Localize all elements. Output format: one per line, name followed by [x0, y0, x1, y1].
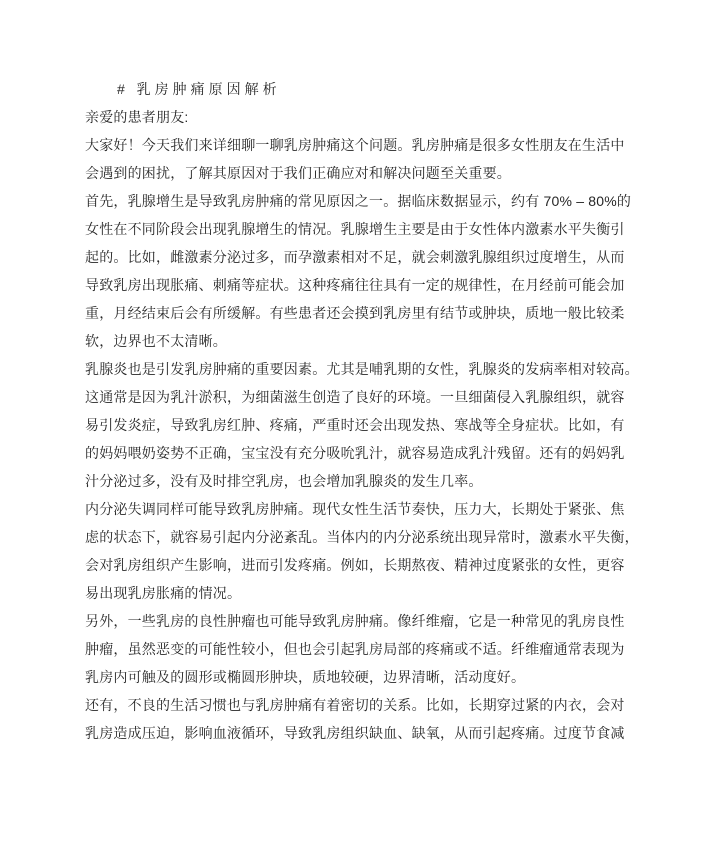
document-page: # 乳房肿痛原因解析 亲爱的患者朋友:大家好！今天我们来详细聊一聊乳房肿痛这个问…	[0, 0, 708, 841]
text-line: 另外，一些乳房的良性肿瘤也可能导致乳房肿痛。像纤维瘤，它是一种常见的乳房良性	[85, 607, 665, 635]
text-line: 虑的状态下，就容易引起内分泌紊乱。当体内的内分泌系统出现异常时，激素水平失衡，	[85, 523, 665, 551]
text-line: 易出现乳房胀痛的情况。	[85, 579, 665, 607]
text-line: 重，月经结束后会有所缓解。有些患者还会摸到乳房里有结节或肿块，质地一般比较柔	[85, 299, 665, 327]
paragraph: 还有，不良的生活习惯也与乳房肿痛有着密切的关系。比如，长期穿过紧的内衣，会对乳房…	[85, 691, 665, 747]
paragraph: 首先，乳腺增生是导致乳房肿痛的常见原因之一。据临床数据显示，约有 70% – 8…	[85, 187, 665, 355]
paragraph: 另外，一些乳房的良性肿瘤也可能导致乳房肿痛。像纤维瘤，它是一种常见的乳房良性肿瘤…	[85, 607, 665, 691]
text-line: 导致乳房出现胀痛、刺痛等症状。这种疼痛往往具有一定的规律性，在月经前可能会加	[85, 271, 665, 299]
paragraph: 内分泌失调同样可能导致乳房肿痛。现代女性生活节奏快，压力大，长期处于紧张、焦虑的…	[85, 495, 665, 607]
text-line: 亲爱的患者朋友:	[85, 103, 665, 131]
text-line: 软，边界也不太清晰。	[85, 327, 665, 355]
text-line: 乳腺炎也是引发乳房肿痛的重要因素。尤其是哺乳期的女性，乳腺炎的发病率相对较高。	[85, 355, 665, 383]
text-line: 会对乳房组织产生影响，进而引发疼痛。例如，长期熬夜、精神过度紧张的女性，更容	[85, 551, 665, 579]
paragraph: 亲爱的患者朋友:	[85, 103, 665, 131]
text-line: 的妈妈喂奶姿势不正确，宝宝没有充分吸吮乳汁，就容易造成乳汁残留。还有的妈妈乳	[85, 439, 665, 467]
text-line: 这通常是因为乳汁淤积，为细菌滋生创造了良好的环境。一旦细菌侵入乳腺组织，就容	[85, 383, 665, 411]
document-heading: # 乳房肿痛原因解析	[85, 75, 665, 103]
text-line: 肿瘤，虽然恶变的可能性较小，但也会引起乳房局部的疼痛或不适。纤维瘤通常表现为	[85, 635, 665, 663]
document-content: # 乳房肿痛原因解析 亲爱的患者朋友:大家好！今天我们来详细聊一聊乳房肿痛这个问…	[85, 75, 665, 747]
text-line: 易引发炎症，导致乳房红肿、疼痛，严重时还会出现发热、寒战等全身症状。比如，有	[85, 411, 665, 439]
text-line: 内分泌失调同样可能导致乳房肿痛。现代女性生活节奏快，压力大，长期处于紧张、焦	[85, 495, 665, 523]
text-line: 汁分泌过多，没有及时排空乳房，也会增加乳腺炎的发生几率。	[85, 467, 665, 495]
paragraph: 乳腺炎也是引发乳房肿痛的重要因素。尤其是哺乳期的女性，乳腺炎的发病率相对较高。这…	[85, 355, 665, 495]
text-line: 乳房造成压迫，影响血液循环，导致乳房组织缺血、缺氧，从而引起疼痛。过度节食减	[85, 719, 665, 747]
text-line: 大家好！今天我们来详细聊一聊乳房肿痛这个问题。乳房肿痛是很多女性朋友在生活中	[85, 131, 665, 159]
document-body: 亲爱的患者朋友:大家好！今天我们来详细聊一聊乳房肿痛这个问题。乳房肿痛是很多女性…	[85, 103, 665, 747]
paragraph: 大家好！今天我们来详细聊一聊乳房肿痛这个问题。乳房肿痛是很多女性朋友在生活中会遇…	[85, 131, 665, 187]
text-line: 首先，乳腺增生是导致乳房肿痛的常见原因之一。据临床数据显示，约有 70% – 8…	[85, 187, 665, 215]
text-line: 起的。比如，雌激素分泌过多，而孕激素相对不足，就会刺激乳腺组织过度增生，从而	[85, 243, 665, 271]
text-line: 还有，不良的生活习惯也与乳房肿痛有着密切的关系。比如，长期穿过紧的内衣，会对	[85, 691, 665, 719]
text-line: 女性在不同阶段会出现乳腺增生的情况。乳腺增生主要是由于女性体内激素水平失衡引	[85, 215, 665, 243]
text-line: 乳房内可触及的圆形或椭圆形肿块，质地较硬，边界清晰，活动度好。	[85, 663, 665, 691]
text-line: 会遇到的困扰，了解其原因对于我们正确应对和解决问题至关重要。	[85, 159, 665, 187]
